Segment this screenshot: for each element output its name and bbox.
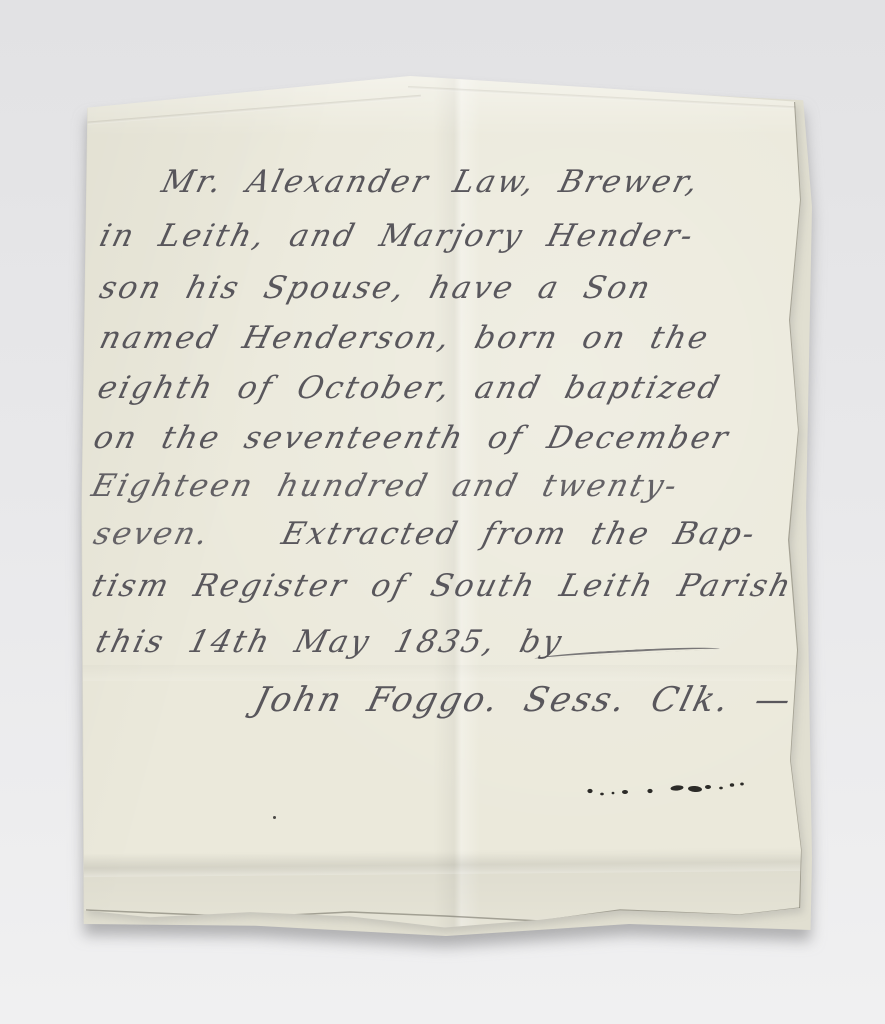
manuscript-line-5: eighth of October, and baptized xyxy=(94,370,725,406)
manuscript-line-1: Mr. Alexander Law, Brewer, xyxy=(158,164,704,200)
ink-speck xyxy=(273,816,276,819)
ink-blots xyxy=(587,776,757,802)
signature-line: John Foggo. Sess. Clk. — xyxy=(250,680,797,720)
manuscript-line-10: this 14th May 1835, by xyxy=(92,624,567,660)
manuscript-line-2: in Leith, and Marjory Hender- xyxy=(96,218,699,254)
manuscript-line-8b: Extracted from the Bap- xyxy=(278,516,761,552)
document-paper: Mr. Alexander Law, Brewer, in Leith, and… xyxy=(82,76,806,930)
manuscript-line-6: on the seventeenth of December xyxy=(90,420,734,456)
manuscript-page: Mr. Alexander Law, Brewer, in Leith, and… xyxy=(82,76,806,930)
manuscript-line-7: Eighteen hundred and twenty- xyxy=(88,468,683,504)
manuscript-line-9: tism Register of South Leith Parish xyxy=(88,568,797,604)
manuscript-line-3: son his Spouse, have a Son xyxy=(96,270,656,306)
photo-background: Mr. Alexander Law, Brewer, in Leith, and… xyxy=(0,0,885,1024)
manuscript-line-4: named Henderson, born on the xyxy=(96,320,714,356)
manuscript-line-8a: seven. xyxy=(90,516,214,552)
